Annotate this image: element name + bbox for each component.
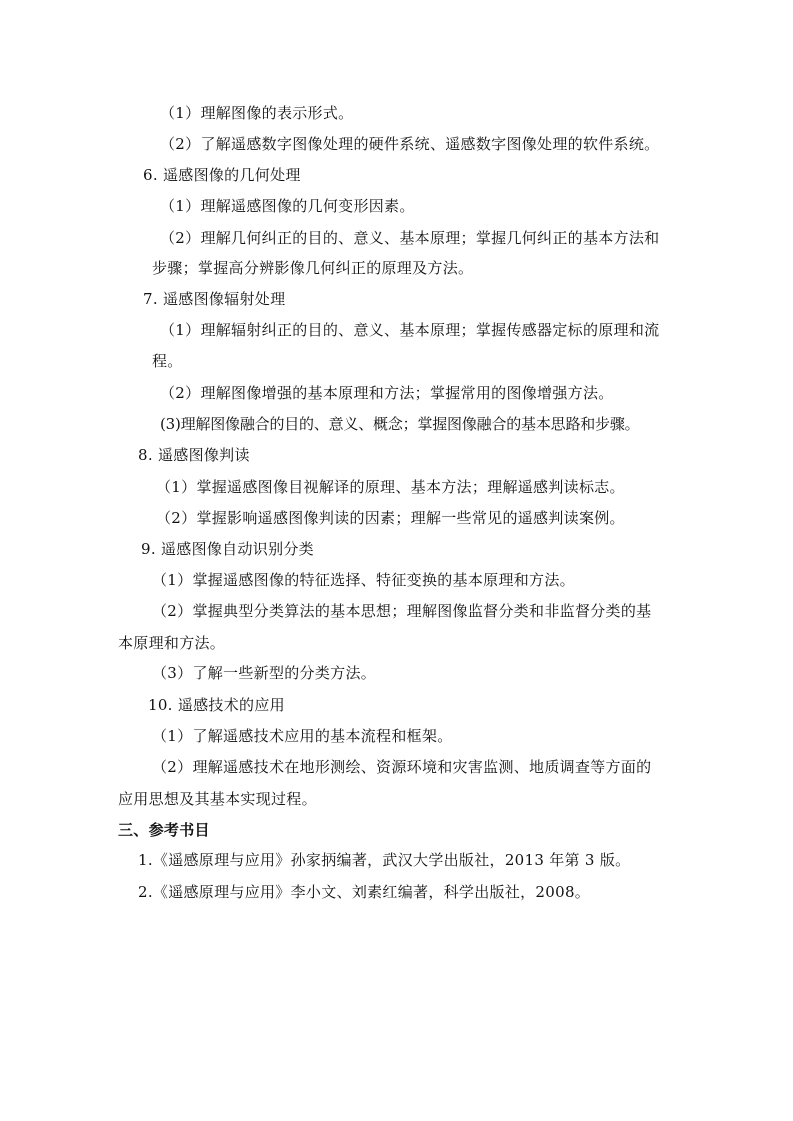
section7-item-1: （1）理解辐射纠正的目的、意义、基本原理；掌握传感器定标的原理和流 bbox=[160, 320, 659, 340]
section7-item-2: （2）理解图像增强的基本原理和方法；掌握常用的图像增强方法。 bbox=[160, 383, 614, 403]
section6-item-2: （2）理解几何纠正的目的、意义、基本原理；掌握几何纠正的基本方法和 bbox=[160, 228, 659, 248]
section5-item-1: （1）理解图像的表示形式。 bbox=[160, 103, 353, 123]
section8-item-1: （1）掌握遥感图像目视解译的原理、基本方法；理解遥感判读标志。 bbox=[156, 477, 625, 497]
section9-item-2-cont: 本原理和方法。 bbox=[118, 633, 225, 653]
section9-item-1: （1）掌握遥感图像的特征选择、特征变换的基本原理和方法。 bbox=[152, 570, 575, 590]
reference-item-2: 2.《遥感原理与应用》李小文、刘素红编著，科学出版社，2008。 bbox=[138, 882, 590, 902]
section8-title: 8. 遥感图像判读 bbox=[138, 445, 250, 465]
section10-item-2: （2）理解遥感技术在地形测绘、资源环境和灾害监测、地质调查等方面的 bbox=[152, 757, 651, 777]
section6-title: 6. 遥感图像的几何处理 bbox=[143, 165, 301, 185]
section10-item-2-cont: 应用思想及其基本实现过程。 bbox=[118, 789, 317, 809]
section9-title: 9. 遥感图像自动识别分类 bbox=[141, 539, 314, 559]
section9-item-2: （2）掌握典型分类算法的基本思想；理解图像监督分类和非监督分类的基 bbox=[152, 601, 651, 621]
reference-item-1: 1.《遥感原理与应用》孙家抦编著，武汉大学出版社，2013 年第 3 版。 bbox=[138, 850, 630, 870]
references-heading: 三、参考书目 bbox=[118, 820, 210, 840]
section6-item-1: （1）理解遥感图像的几何变形因素。 bbox=[160, 196, 415, 216]
section5-item-2: （2）了解遥感数字图像处理的硬件系统、遥感数字图像处理的软件系统。 bbox=[160, 134, 659, 154]
section7-item-1-cont: 程。 bbox=[152, 351, 183, 371]
section7-title: 7. 遥感图像辐射处理 bbox=[143, 289, 285, 309]
section8-item-2: （2）掌握影响遥感图像判读的因素；理解一些常见的遥感判读案例。 bbox=[156, 508, 625, 528]
section9-item-3: （3）了解一些新型的分类方法。 bbox=[152, 663, 376, 683]
section10-title: 10. 遥感技术的应用 bbox=[148, 695, 285, 715]
section6-item-2-cont: 步骤；掌握高分辨影像几何纠正的原理及方法。 bbox=[152, 258, 473, 278]
section7-item-3: (3)理解图像融合的目的、意义、概念；掌握图像融合的基本思路和步骤。 bbox=[160, 414, 639, 434]
section10-item-1: （1）了解遥感技术应用的基本流程和框架。 bbox=[152, 726, 453, 746]
